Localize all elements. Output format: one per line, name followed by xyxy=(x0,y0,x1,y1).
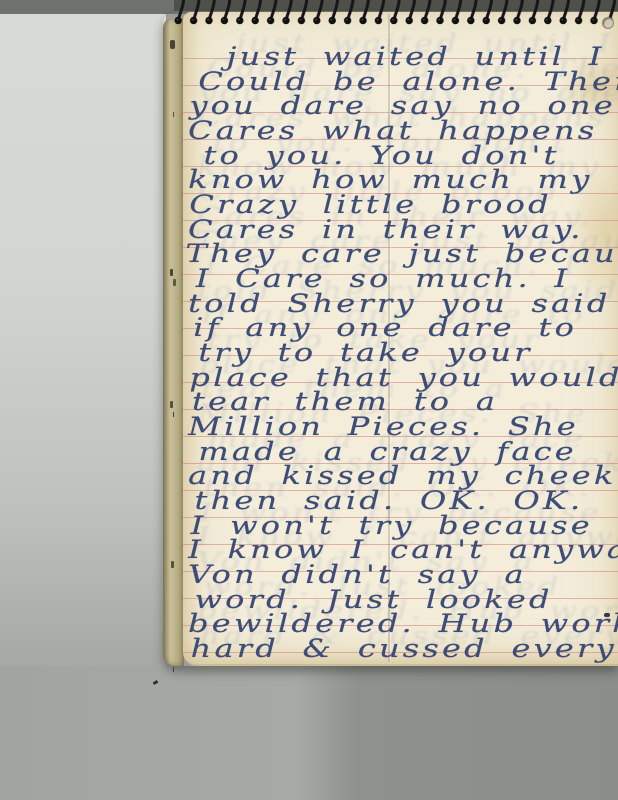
pad-page-edges xyxy=(163,18,184,666)
spiral-binding xyxy=(172,0,618,30)
notebook-page: just waited until I Could be alone. Then… xyxy=(183,12,618,666)
ink-smudge xyxy=(604,613,610,617)
scanner-bed-bottom xyxy=(0,666,618,800)
binding-hole xyxy=(602,17,614,29)
notebook-pad: just waited until I Could be alone. Then… xyxy=(163,12,618,666)
handwriting-layer: just waited until I Could be alone. Then… xyxy=(183,12,618,664)
handwriting-line-25: hard & cussed everything xyxy=(191,636,618,662)
pad-edge-texture xyxy=(170,40,175,49)
scanner-bed-left xyxy=(0,14,166,666)
